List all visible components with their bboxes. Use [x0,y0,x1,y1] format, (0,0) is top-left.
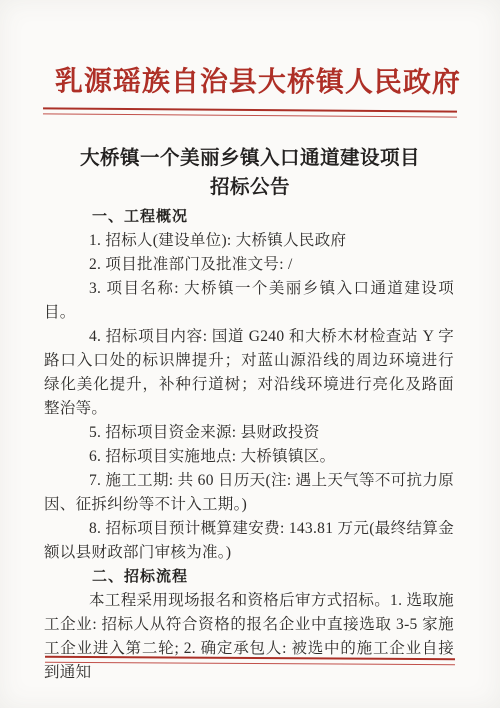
paragraph-estimated-cost: 8. 招标项目预计概算建安费: 143.81 万元(最终结算金额以县财政部门审核… [44,517,454,565]
paragraph-funding-source: 5. 招标项目资金来源: 县财政投资 [44,421,454,445]
doc-title-line-2: 招标公告 [0,173,500,202]
document-page: 乳源瑶族自治县大桥镇人民政府 大桥镇一个美丽乡镇入口通道建设项目 招标公告 一、… [0,0,500,708]
header-divider [43,107,457,117]
masthead-org-name: 乳源瑶族自治县大桥镇人民政府 [8,0,500,101]
section-heading-overview: 一、工程概况 [44,205,454,229]
paragraph-location: 6. 招标项目实施地点: 大桥镇镇区。 [44,445,454,469]
paragraph-bidder: 1. 招标人(建设单位): 大桥镇人民政府 [44,229,454,253]
doc-title-line-1: 大桥镇一个美丽乡镇入口通道建设项目 [0,144,500,173]
doc-title: 大桥镇一个美丽乡镇入口通道建设项目 招标公告 [0,144,500,202]
section-heading-process: 二、招标流程 [44,565,454,589]
paragraph-approval: 2. 项目批准部门及批准文号: / [44,253,454,277]
paragraph-project-content: 4. 招标项目内容: 国道 G240 和大桥木材检查站 Y 字路口入口处的标识牌… [44,325,454,421]
paragraph-construction-period: 7. 施工工期: 共 60 日历天(注: 遇上天气等不可抗力原因、征拆纠纷等不计… [44,469,454,517]
paragraph-project-name: 3. 项目名称: 大桥镇一个美丽乡镇入口通道建设项目。 [44,277,454,325]
document-body: 一、工程概况 1. 招标人(建设单位): 大桥镇人民政府 2. 项目批准部门及批… [44,205,454,685]
paragraph-bidding-process: 本工程采用现场报名和资格后审方式招标。1. 选取施工企业: 招标人从符合资格的报… [44,589,454,685]
